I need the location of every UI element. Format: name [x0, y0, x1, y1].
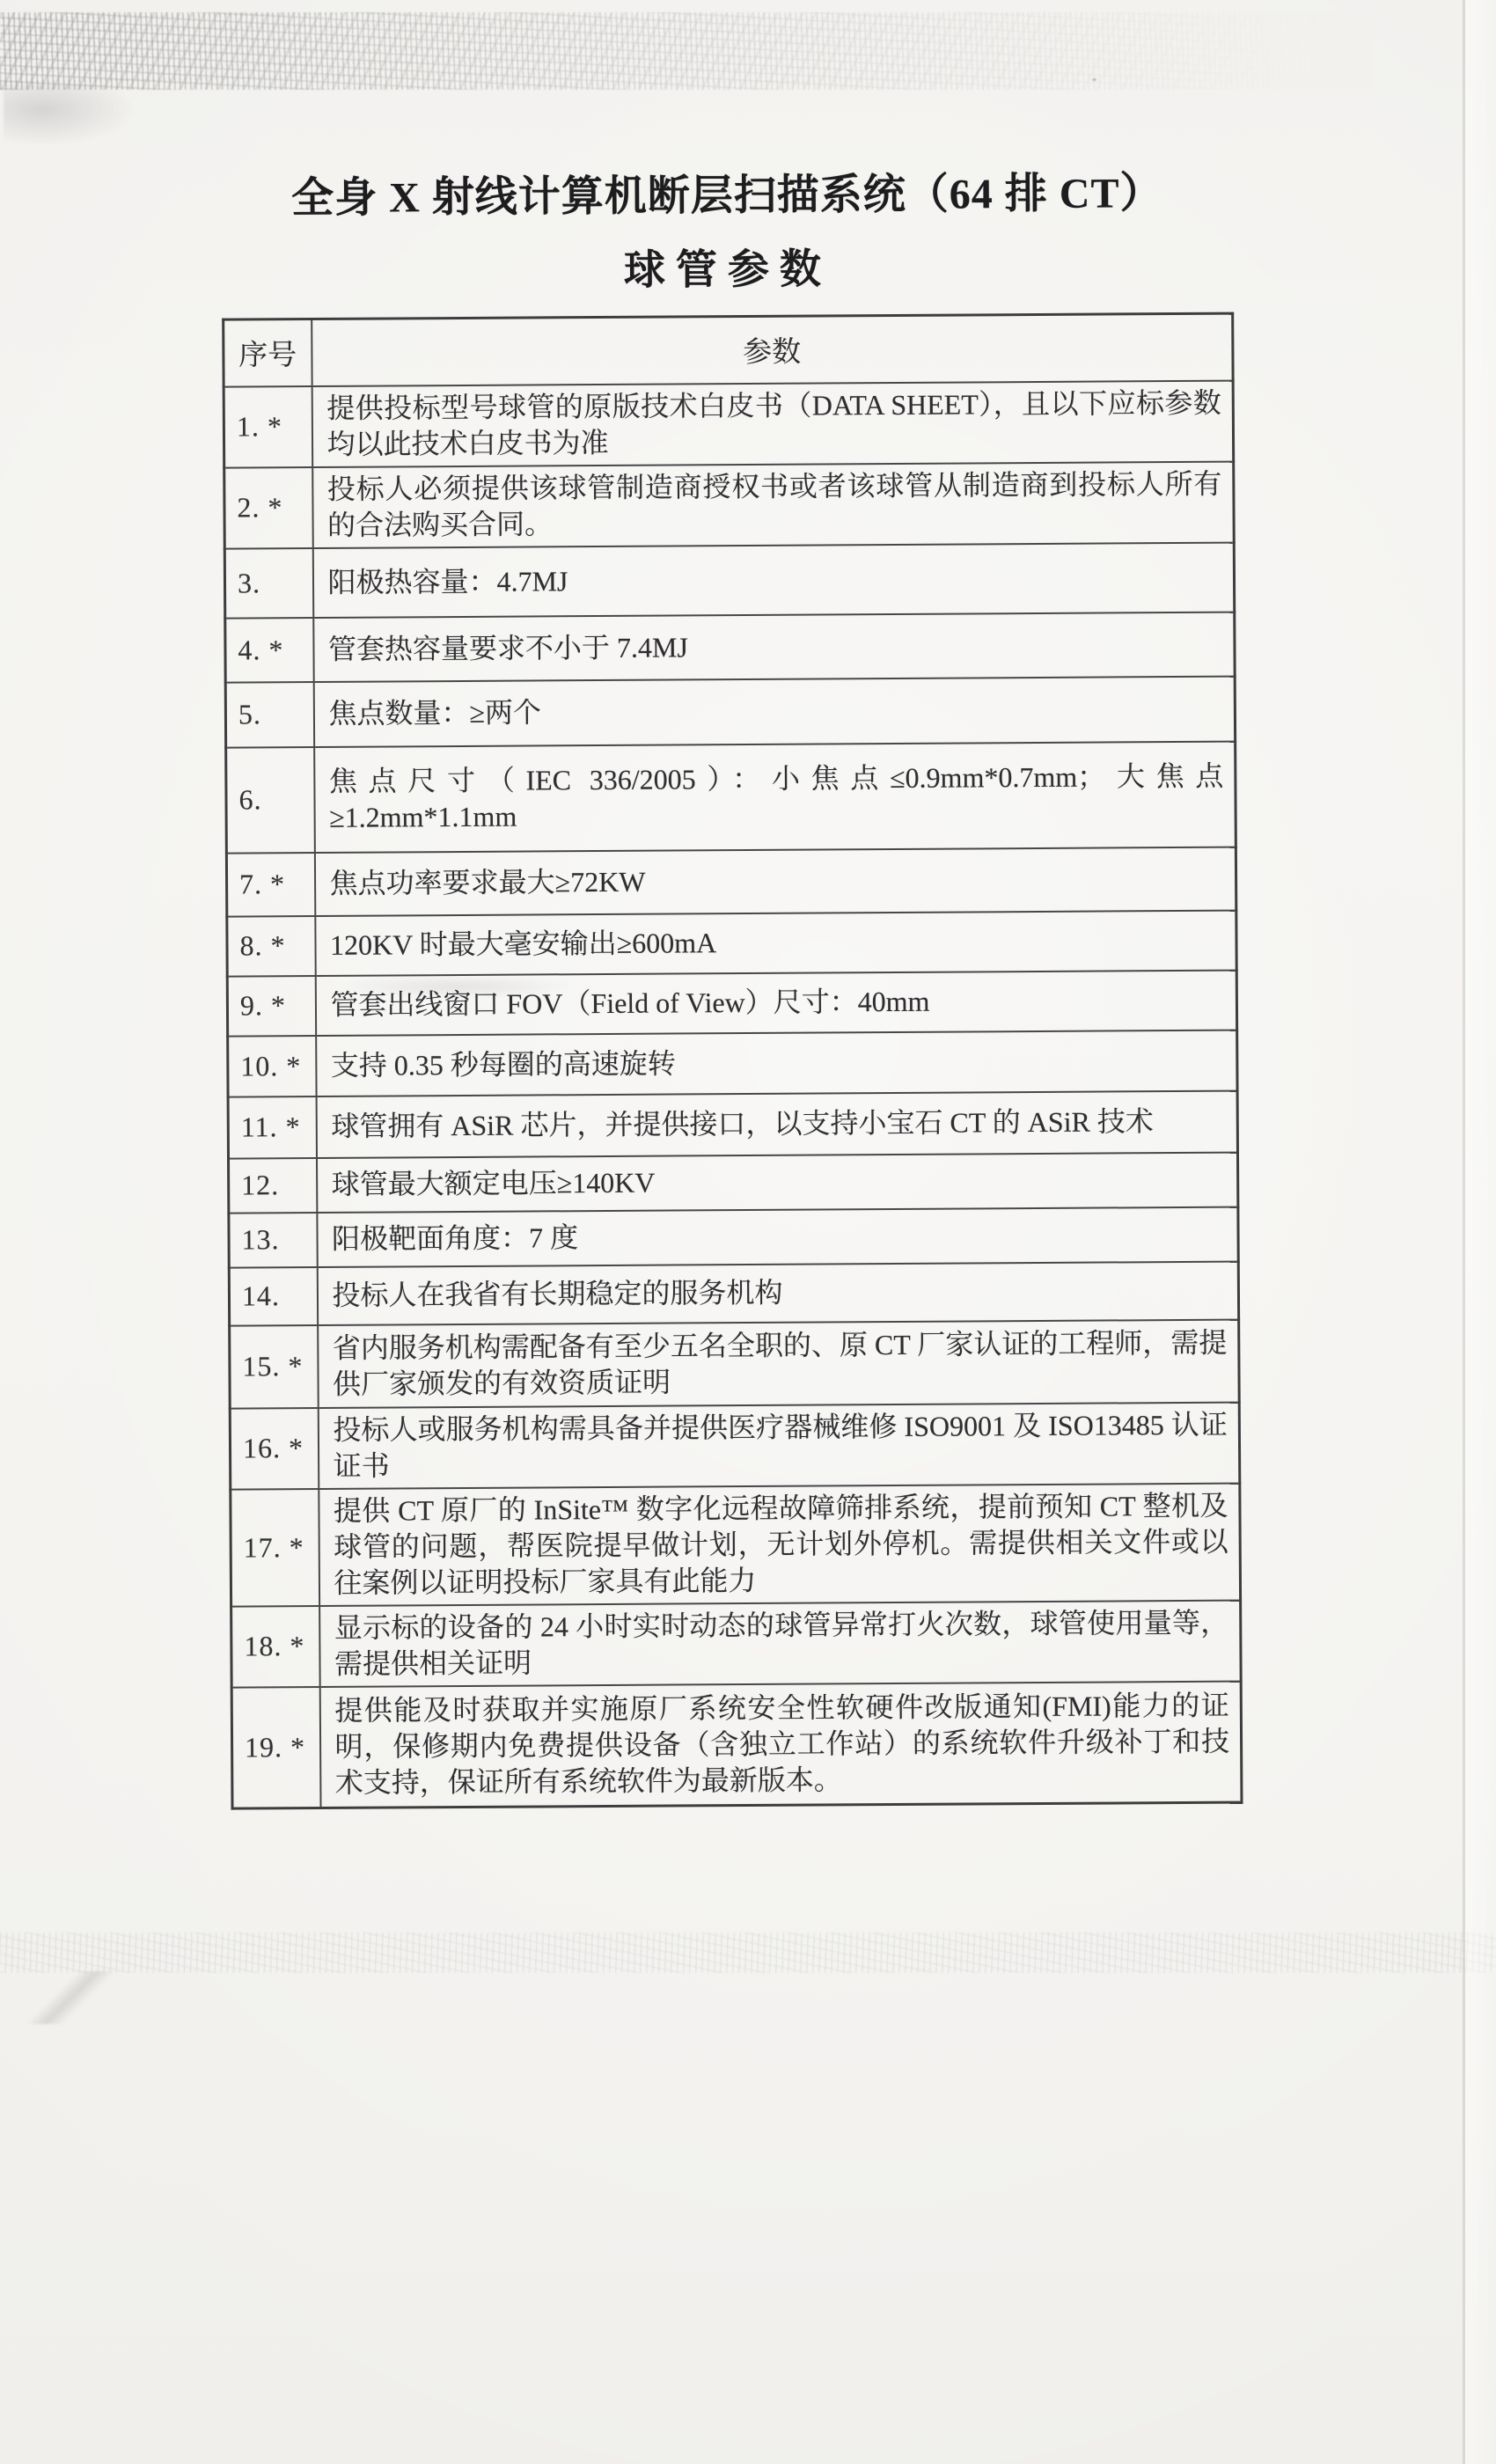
scan-tilt-wrapper: 全身 X 射线计算机断层扫描系统（64 排 CT） 球管参数 序号 参数 1. … [0, 0, 1496, 2464]
document-content: 全身 X 射线计算机断层扫描系统（64 排 CT） 球管参数 序号 参数 1. … [221, 166, 1243, 1810]
table-row: 11. * 球管拥有 ASiR 芯片，并提供接口，以支持小宝石 CT 的 ASi… [228, 1090, 1237, 1158]
table-row: 16. * 投标人或服务机构需具备并提供医疗器械维修 ISO9001 及 ISO… [230, 1402, 1240, 1489]
table-row: 14. 投标人在我省有长期稳定的服务机构 [229, 1261, 1238, 1325]
row-text: 球管最大额定电压≥140KV [317, 1152, 1238, 1212]
row-number: 5. [225, 682, 313, 748]
row-text: 120KV 时最大毫安输出≥600mA [315, 910, 1236, 975]
row-number: 17. * [231, 1488, 319, 1606]
column-header-param: 参数 [312, 313, 1233, 385]
row-number: 18. * [231, 1605, 320, 1687]
row-number: 10. * [228, 1036, 316, 1097]
table-row: 15. * 省内服务机构需配备有至少五名全职的、原 CT 厂家认证的工程师，需提… [230, 1319, 1240, 1408]
row-number: 15. * [230, 1324, 319, 1408]
table-row: 18. * 显示标的设备的 24 小时实时动态的球管异常打火次数，球管使用量等，… [231, 1600, 1242, 1687]
row-text: 管套热容量要求不小于 7.4MJ [313, 612, 1235, 681]
table-row: 7. * 焦点功率要求最大≥72KW [226, 847, 1236, 916]
row-text: 焦点功率要求最大≥72KW [314, 847, 1236, 915]
table-row: 5. 焦点数量：≥两个 [225, 676, 1235, 747]
row-number: 1. * [224, 386, 312, 468]
row-text: 提供投标型号球管的原版技术白皮书（DATA SHEET），且以下应标参数均以此技… [312, 380, 1234, 466]
scanned-document-page: 全身 X 射线计算机断层扫描系统（64 排 CT） 球管参数 序号 参数 1. … [0, 0, 1496, 2464]
table-row: 1. * 提供投标型号球管的原版技术白皮书（DATA SHEET），且以下应标参… [224, 380, 1234, 467]
parameters-table: 序号 参数 1. * 提供投标型号球管的原版技术白皮书（DATA SHEET），… [222, 312, 1243, 1810]
row-number: 19. * [231, 1686, 320, 1808]
row-text: 提供 CT 原厂的 InSite™ 数字化远程故障筛排系统，提前预知 CT 整机… [319, 1483, 1241, 1605]
row-text: 球管拥有 ASiR 芯片，并提供接口，以支持小宝石 CT 的 ASiR 技术 [316, 1090, 1237, 1157]
table-row: 10. * 支持 0.35 秒每圈的高速旋转 [228, 1030, 1237, 1096]
row-number: 13. [229, 1212, 317, 1267]
table-row: 8. * 120KV 时最大毫安输出≥600mA [227, 910, 1236, 976]
table-header-row: 序号 参数 [224, 313, 1233, 386]
table-row: 4. * 管套热容量要求不小于 7.4MJ [225, 612, 1235, 682]
row-text: 焦点数量：≥两个 [313, 676, 1235, 746]
row-text: 管套出线窗口 FOV（Field of View）尺寸：40mm [315, 970, 1236, 1035]
row-text: 阳极热容量：4.7MJ [312, 542, 1234, 617]
row-number: 11. * [228, 1096, 316, 1159]
row-text: 投标人或服务机构需具备并提供医疗器械维修 ISO9001 及 ISO13485 … [318, 1402, 1240, 1488]
row-text: 显示标的设备的 24 小时实时动态的球管异常打火次数，球管使用量等，需提供相关证… [319, 1600, 1242, 1686]
table-row: 6. 焦点尺寸（IEC 336/2005）：小焦点≤0.9mm*0.7mm；大焦… [226, 741, 1236, 853]
table-row: 9. * 管套出线窗口 FOV（Field of View）尺寸：40mm [227, 970, 1236, 1036]
row-number: 8. * [227, 916, 315, 977]
table-row: 13. 阳极靶面角度：7 度 [229, 1206, 1238, 1267]
row-number: 3. [224, 548, 312, 619]
table-row: 12. 球管最大额定电压≥140KV [229, 1152, 1238, 1213]
row-text: 投标人在我省有长期稳定的服务机构 [317, 1261, 1238, 1324]
row-number: 12. [229, 1157, 317, 1213]
row-number: 14. [229, 1266, 317, 1325]
row-text: 阳极靶面角度：7 度 [317, 1206, 1238, 1266]
column-header-no: 序号 [224, 319, 312, 387]
row-text: 提供能及时获取并实施原厂系统安全性软硬件改版通知(FMI)能力的证明，保修期内免… [319, 1681, 1242, 1808]
row-text: 支持 0.35 秒每圈的高速旋转 [316, 1030, 1237, 1096]
row-number: 9. * [227, 976, 315, 1037]
table-row: 19. * 提供能及时获取并实施原厂系统安全性软硬件改版通知(FMI)能力的证明… [231, 1681, 1242, 1808]
row-number: 2. * [224, 467, 313, 549]
row-number: 7. * [226, 853, 314, 917]
document-title: 全身 X 射线计算机断层扫描系统（64 排 CT） [221, 166, 1233, 227]
row-text: 省内服务机构需配备有至少五名全职的、原 CT 厂家认证的工程师，需提供厂家颁发的… [318, 1319, 1240, 1407]
table-row: 2. * 投标人必须提供该球管制造商授权书或者该球管从制造商到投标人所有的合法购… [224, 461, 1235, 548]
table-row: 17. * 提供 CT 原厂的 InSite™ 数字化远程故障筛排系统，提前预知… [231, 1483, 1241, 1606]
row-text: 焦点尺寸（IEC 336/2005）：小焦点≤0.9mm*0.7mm；大焦点≥1… [314, 741, 1236, 852]
row-text: 投标人必须提供该球管制造商授权书或者该球管从制造商到投标人所有的合法购买合同。 [312, 461, 1235, 547]
table-row: 3. 阳极热容量：4.7MJ [224, 542, 1234, 618]
row-number: 4. * [225, 618, 313, 683]
document-subtitle: 球管参数 [222, 242, 1234, 299]
row-number: 16. * [230, 1407, 319, 1489]
row-number: 6. [226, 747, 315, 854]
